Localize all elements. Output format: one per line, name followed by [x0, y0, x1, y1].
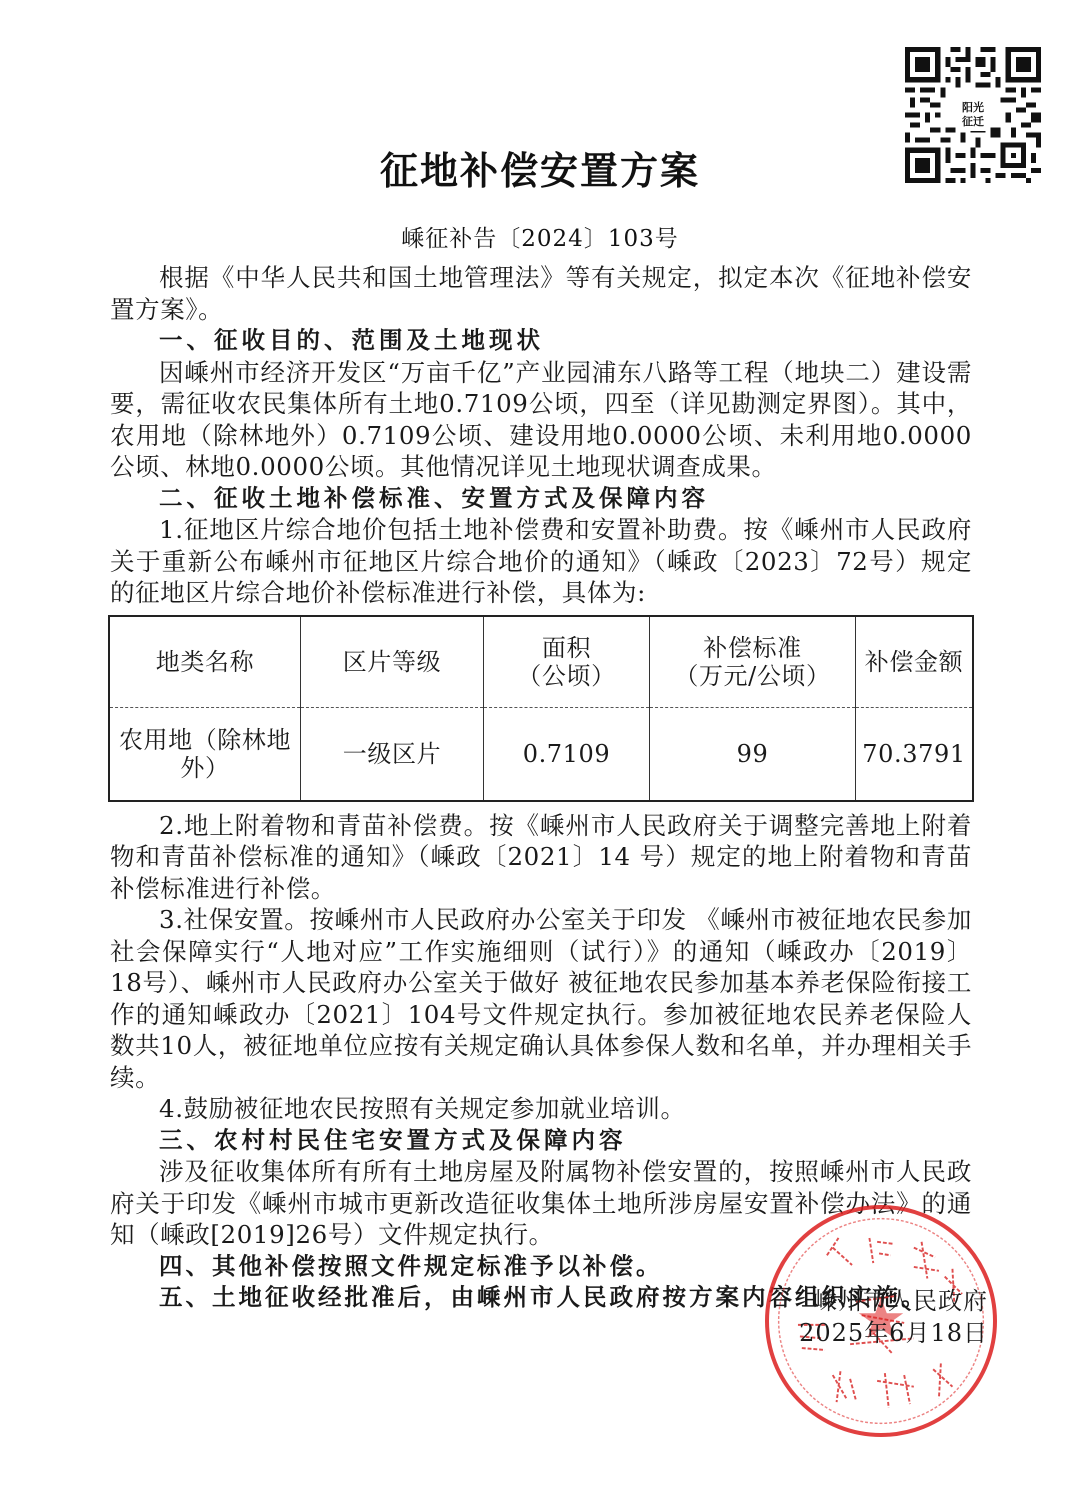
header-area: 面积 [485, 634, 648, 662]
qr-label-line2: 征迁 [957, 115, 989, 129]
section-2-item-3: 3.社保安置。按嵊州市人民政府办公室关于印发 《嵊州市被征地农民参加社会保障实行… [110, 904, 972, 1093]
table-header-cell: 补偿标准 （万元/公顷） [650, 616, 856, 708]
header-land-type: 地类名称 [111, 648, 299, 676]
section-1-body: 因嵊州市经济开发区“万亩千亿”产业园浦东八路等工程（地块二）建设需要，需征收农民… [110, 357, 972, 483]
document-body: 根据《中华人民共和国土地管理法》等有关规定，拟定本次《征地补偿安置方案》。 一、… [110, 262, 972, 1314]
cell-land-type: 农用地（除林地外） [109, 707, 301, 801]
header-zone-grade: 区片等级 [302, 648, 482, 676]
intro-paragraph: 根据《中华人民共和国土地管理法》等有关规定，拟定本次《征地补偿安置方案》。 [110, 262, 972, 325]
qr-center-label: 阳光 征迁 [957, 100, 989, 131]
issue-date: 2025年6月18日 [799, 1317, 988, 1349]
header-standard: 补偿标准 [651, 634, 854, 662]
document-number: 嵊征补告〔2024〕103号 [0, 220, 1080, 253]
header-area-unit: （公顷） [485, 662, 648, 690]
section-3-body: 涉及征收集体所有所有土地房屋及附属物补偿安置的，按照嵊州市人民政府关于印发《嵊州… [110, 1156, 972, 1251]
section-2-item-4: 4.鼓励被征地农民按照有关规定参加就业培训。 [110, 1093, 972, 1125]
header-amount: 补偿金额 [857, 648, 971, 676]
section-1-heading: 一、征收目的、范围及土地现状 [110, 325, 972, 357]
table-header-cell: 补偿金额 [856, 616, 974, 708]
section-4-heading: 四、其他补偿按照文件规定标准予以补偿。 [110, 1251, 972, 1283]
table-row: 农用地（除林地外） 一级区片 0.7109 99 70.3791 [109, 707, 973, 801]
cell-area: 0.7109 [484, 707, 650, 801]
table-header-row: 地类名称 区片等级 面积 （公顷） 补偿标准 （万元/公顷） 补偿金额 [109, 616, 973, 708]
cell-zone-grade: 一级区片 [301, 707, 484, 801]
document-title: 征地补偿安置方案 [0, 140, 1080, 195]
table-header-cell: 地类名称 [109, 616, 301, 708]
signature-block: 嵊州市人民政府 2025年6月18日 [799, 1285, 988, 1349]
section-2-item-2: 2.地上附着物和青苗补偿费。按《嵊州市人民政府关于调整完善地上附着物和青苗补偿标… [110, 810, 972, 905]
section-2-heading: 二、征收土地补偿标准、安置方式及保障内容 [110, 483, 972, 515]
cell-amount: 70.3791 [856, 707, 974, 801]
cell-standard: 99 [650, 707, 856, 801]
header-standard-unit: （万元/公顷） [651, 662, 854, 690]
section-3-heading: 三、农村村民住宅安置方式及保障内容 [110, 1125, 972, 1157]
qr-label-line1: 阳光 [957, 101, 989, 115]
table-header-cell: 区片等级 [301, 616, 484, 708]
section-2-item-1: 1.征地区片综合地价包括土地补偿费和安置补助费。按《嵊州市人民政府关于重新公布嵊… [110, 514, 972, 609]
table-header-cell: 面积 （公顷） [484, 616, 650, 708]
issuer-name: 嵊州市人民政府 [799, 1285, 988, 1317]
compensation-table: 地类名称 区片等级 面积 （公顷） 补偿标准 （万元/公顷） 补偿金额 农用地（… [108, 615, 974, 802]
